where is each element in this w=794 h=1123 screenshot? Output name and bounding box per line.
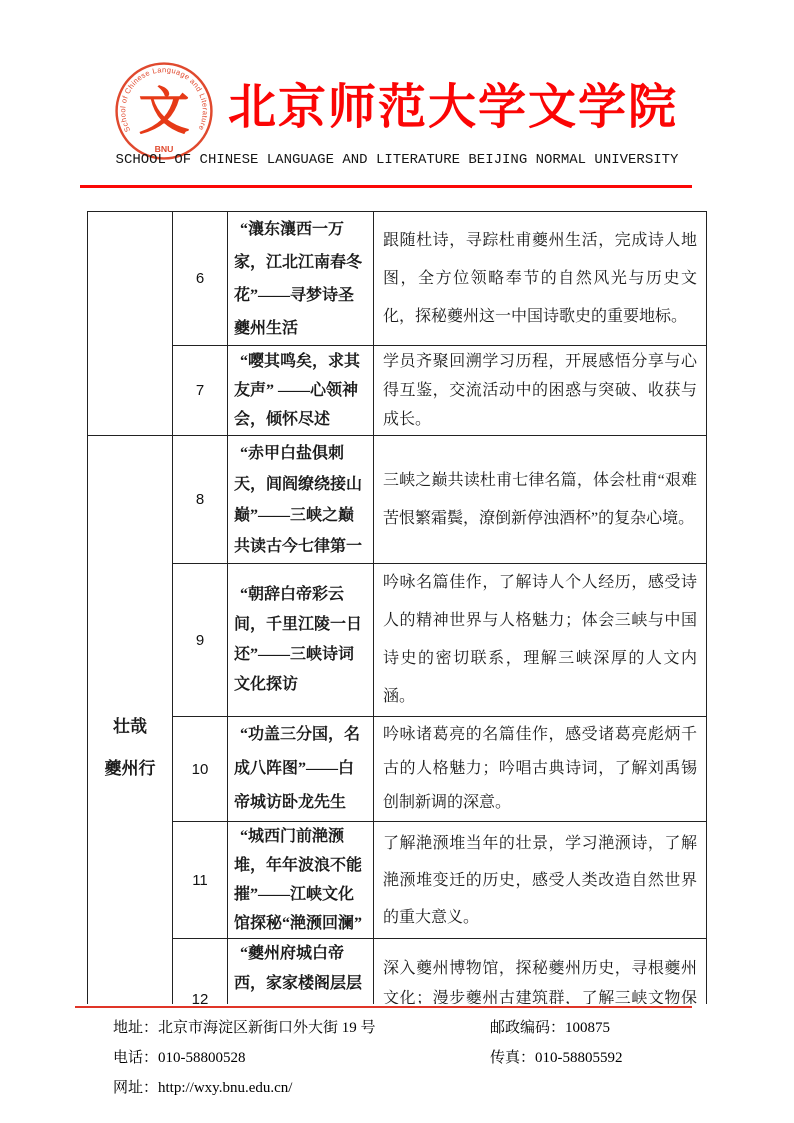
table-row: 7 “嘤其鸣矣，求其友声” ——心领神会，倾怀尽述 学员齐聚回溯学习历程，开展感… (88, 346, 707, 436)
lesson-number: 9 (173, 564, 228, 717)
lesson-number: 6 (173, 212, 228, 346)
lesson-title: “瀼东瀼西一万家，江北江南春冬花”——寻梦诗圣夔州生活 (228, 212, 374, 346)
table-row: 壮哉 夔州行 8 “赤甲白盐俱刺天，闾阎缭绕接山巅”——三峡之巅共读古今七律第一… (88, 436, 707, 564)
table-row: 6 “瀼东瀼西一万家，江北江南春冬花”——寻梦诗圣夔州生活 跟随杜诗，寻踪杜甫夔… (88, 212, 707, 346)
course-table-container: 6 “瀼东瀼西一万家，江北江南春冬花”——寻梦诗圣夔州生活 跟随杜诗，寻踪杜甫夔… (87, 211, 707, 1004)
lesson-number: 8 (173, 436, 228, 564)
footer-row: 电话：010-58800528 传真：010-58805592 (113, 1043, 679, 1073)
seal-logo-svg: School of Chinese Language and Literatur… (112, 60, 216, 162)
footer-address: 地址：北京市海淀区新街口外大街 19 号 (113, 1013, 490, 1043)
table-row: 12 “夔州府城白帝西，家家楼阁层层梯”——古建筑群探秘宝 深入夔州博物馆，探秘… (88, 939, 707, 1005)
header-rule (80, 185, 692, 188)
lesson-number: 12 (173, 939, 228, 1005)
lesson-description: 了解滟滪堆当年的壮景，学习滟滪诗，了解滟滪堆变迁的历史，感受人类改造自然世界的重… (374, 822, 707, 939)
university-seal-logo-icon: School of Chinese Language and Literatur… (112, 60, 216, 162)
university-title-cn: 北京师范大学文学院 (228, 68, 698, 148)
document-page: School of Chinese Language and Literatur… (0, 0, 794, 1123)
footer-postal-code: 邮政编码：100875 (490, 1013, 679, 1043)
university-title-en: SCHOOL OF CHINESE LANGUAGE AND LITERATUR… (0, 149, 794, 171)
lesson-title: “功盖三分国，名成八阵图”——白帝城访卧龙先生 (228, 717, 374, 822)
footer-spacer (490, 1073, 679, 1103)
lesson-title: “朝辞白帝彩云间，千里江陵一日还”——三峡诗词文化探访 (228, 564, 374, 717)
footer-row: 网址：http://wxy.bnu.edu.cn/ (113, 1073, 679, 1103)
lesson-description: 学员齐聚回溯学习历程，开展感悟分享与心得互鉴，交流活动中的困惑与突破、收获与成长… (374, 346, 707, 436)
footer: 地址：北京市海淀区新街口外大街 19 号 邮政编码：100875 电话：010-… (113, 1013, 679, 1103)
footer-website: 网址：http://wxy.bnu.edu.cn/ (113, 1073, 490, 1103)
stage-label-cell-empty (88, 212, 173, 436)
lesson-number: 10 (173, 717, 228, 822)
lesson-description: 三峡之巅共读杜甫七律名篇，体会杜甫“艰难苦恨繁霜鬓，潦倒新停浊酒杯”的复杂心境。 (374, 436, 707, 564)
lesson-number: 7 (173, 346, 228, 436)
lesson-title: “城西门前滟滪堆，年年波浪不能摧”——江峡文化馆探秘“滟滪回澜” (228, 822, 374, 939)
footer-row: 地址：北京市海淀区新街口外大街 19 号 邮政编码：100875 (113, 1013, 679, 1043)
stage-label-line2: 夔州行 (88, 748, 172, 790)
stage-label-line1: 壮哉 (88, 706, 172, 748)
lesson-title: “夔州府城白帝西，家家楼阁层层梯”——古建筑群探秘宝 (228, 939, 374, 1005)
lesson-description: 吟咏名篇佳作，了解诗人个人经历，感受诗人的精神世界与人格魅力；体会三峡与中国诗史… (374, 564, 707, 717)
table-row: 9 “朝辞白帝彩云间，千里江陵一日还”——三峡诗词文化探访 吟咏名篇佳作，了解诗… (88, 564, 707, 717)
lesson-title: “赤甲白盐俱刺天，闾阎缭绕接山巅”——三峡之巅共读古今七律第一 (228, 436, 374, 564)
table-row: 10 “功盖三分国，名成八阵图”——白帝城访卧龙先生 吟咏诸葛亮的名篇佳作，感受… (88, 717, 707, 822)
table-row: 11 “城西门前滟滪堆，年年波浪不能摧”——江峡文化馆探秘“滟滪回澜” 了解滟滪… (88, 822, 707, 939)
lesson-description: 跟随杜诗，寻踪杜甫夔州生活，完成诗人地图，全方位领略奉节的自然风光与历史文化，探… (374, 212, 707, 346)
lesson-number: 11 (173, 822, 228, 939)
footer-phone: 电话：010-58800528 (113, 1043, 490, 1073)
footer-rule (75, 1006, 692, 1008)
lesson-description: 吟咏诸葛亮的名篇佳作，感受诸葛亮彪炳千古的人格魅力；吟唱古典诗词，了解刘禹锡创制… (374, 717, 707, 822)
lesson-title: “嘤其鸣矣，求其友声” ——心领神会，倾怀尽述 (228, 346, 374, 436)
seal-center-glyph: 文 (138, 84, 189, 141)
footer-fax: 传真：010-58805592 (490, 1043, 679, 1073)
lesson-description: 深入夔州博物馆，探秘夔州历史，寻根夔州文化；漫步夔州古建筑群，了解三峡文物保护的… (374, 939, 707, 1005)
course-table: 6 “瀼东瀼西一万家，江北江南春冬花”——寻梦诗圣夔州生活 跟随杜诗，寻踪杜甫夔… (87, 211, 707, 1004)
stage-label-cell: 壮哉 夔州行 (88, 436, 173, 1005)
